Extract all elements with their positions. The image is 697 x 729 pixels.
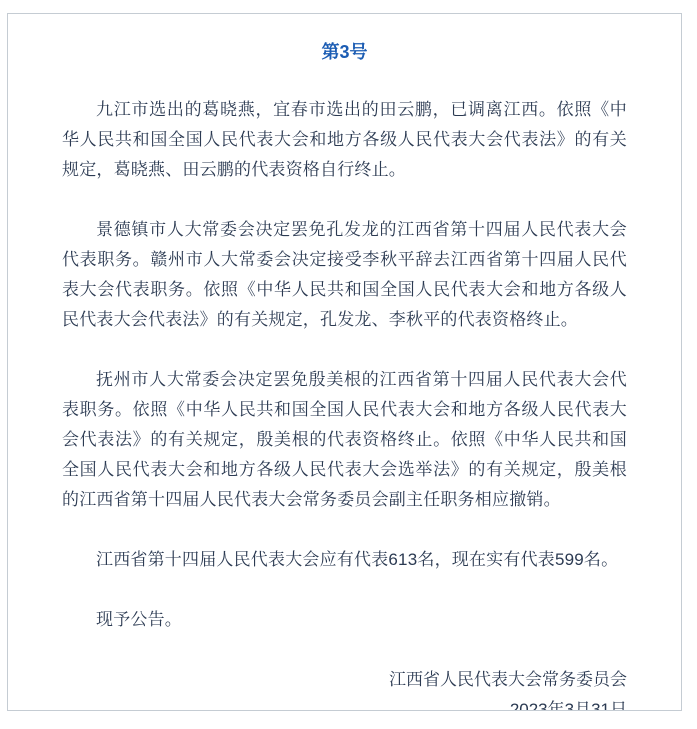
issuing-authority-signature: 江西省人民代表大会常务委员会: [62, 665, 627, 695]
page-background: 第3号 九江市选出的葛晓燕，宜春市选出的田云鹏，已调离江西。依照《中华人民共和国…: [0, 0, 697, 729]
announcement-document: 第3号 九江市选出的葛晓燕，宜春市选出的田云鹏，已调离江西。依照《中华人民共和国…: [7, 13, 682, 711]
paragraph-removal-and-revocation: 抚州市人大常委会决定罢免殷美根的江西省第十四届人民代表大会代表职务。依照《中华人…: [62, 365, 627, 515]
announcement-number-title: 第3号: [62, 39, 627, 65]
paragraph-representative-counts: 江西省第十四届人民代表大会应有代表613名，现在实有代表599名。: [62, 545, 627, 575]
announcement-date: 2023年3月31日: [62, 695, 627, 711]
paragraph-hereby-announced: 现予公告。: [62, 605, 627, 635]
announcement-body: 九江市选出的葛晓燕，宜春市选出的田云鹏，已调离江西。依照《中华人民共和国全国人民…: [62, 95, 627, 635]
paragraph-terminated-representatives: 九江市选出的葛晓燕，宜春市选出的田云鹏，已调离江西。依照《中华人民共和国全国人民…: [62, 95, 627, 185]
paragraph-removed-and-resigned-representatives: 景德镇市人大常委会决定罢免孔发龙的江西省第十四届人民代表大会代表职务。赣州市人大…: [62, 215, 627, 335]
